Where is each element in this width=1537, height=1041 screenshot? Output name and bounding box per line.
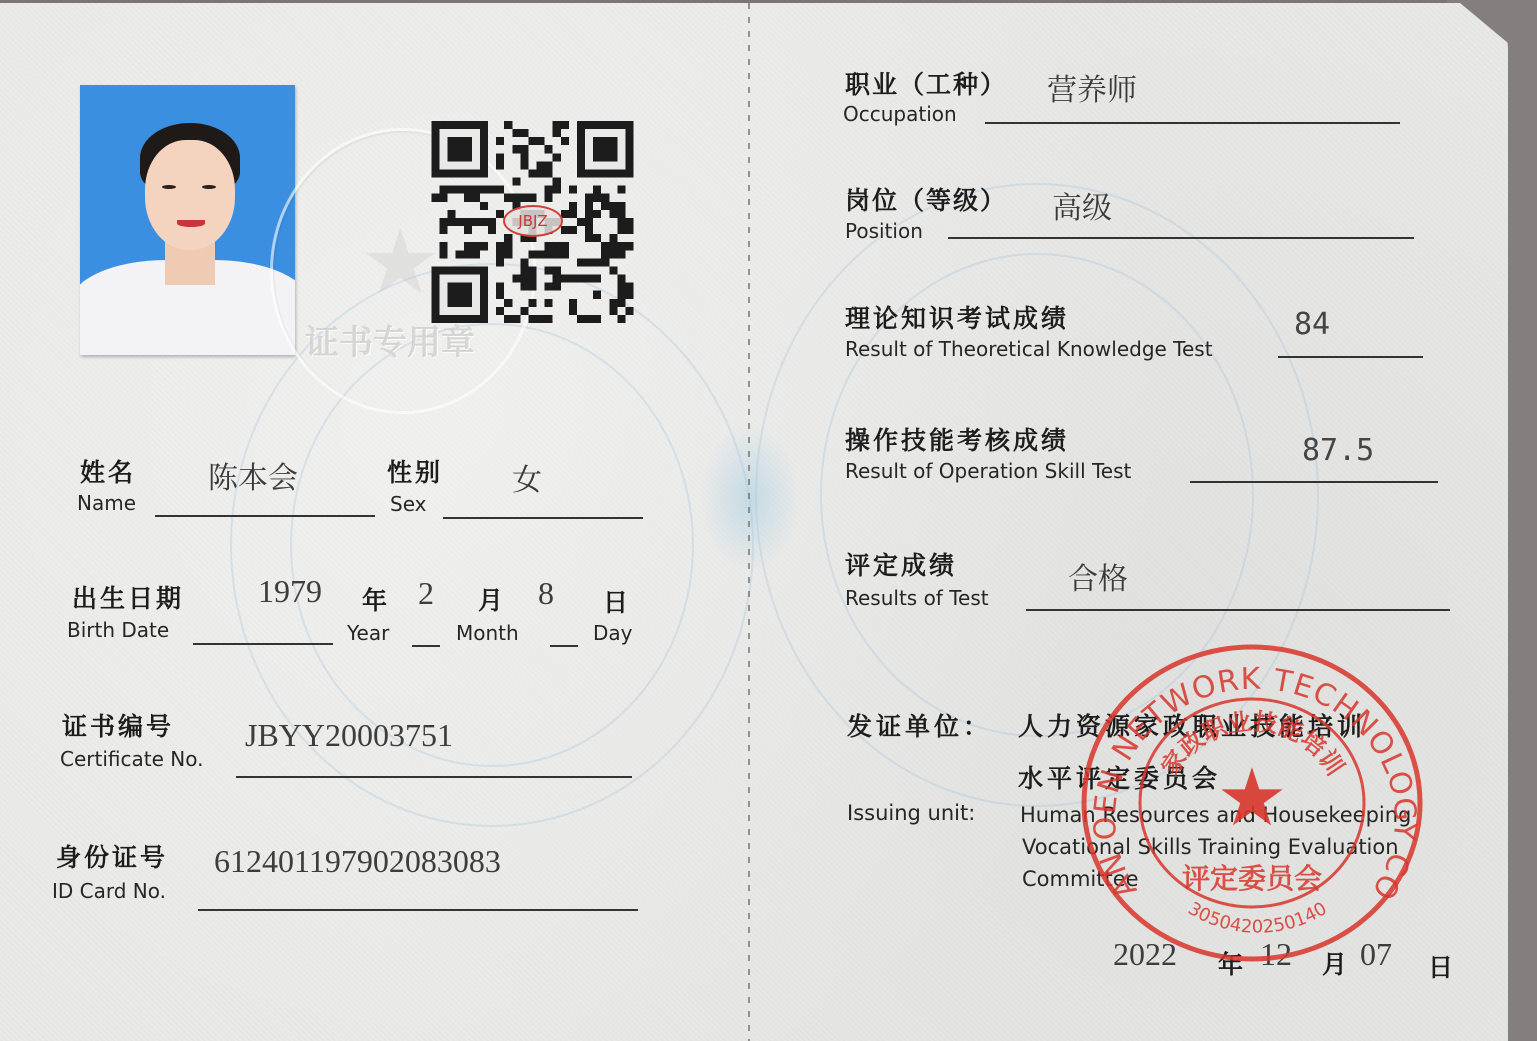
issuer-value-cn-line1: 人力资源家政职业技能培训 [1018, 707, 1366, 743]
id-card-value: 612401197902083083 [214, 843, 501, 880]
birth-year-underline [193, 643, 333, 645]
birth-day-underline [550, 645, 578, 647]
position-underline [948, 237, 1414, 239]
result-label-cn: 评定成绩 [845, 546, 957, 582]
theory-score-value: 84 [1294, 307, 1330, 342]
issue-month-unit: 月 [1322, 945, 1350, 981]
theory-score-label-en: Result of Theoretical Knowledge Test [845, 337, 1213, 361]
id-card-label-en: ID Card No. [52, 879, 166, 903]
occupation-label-cn: 职业（工种） [845, 65, 1007, 101]
sex-label-en: Sex [390, 492, 426, 516]
birth-month-underline [412, 645, 440, 647]
birth-year-unit-cn: 年 [362, 581, 390, 617]
holder-photo [80, 85, 295, 355]
skill-score-value: 87.5 [1302, 433, 1374, 468]
occupation-label-en: Occupation [843, 102, 957, 126]
certificate-booklet: ★ 证书专用章 JBJZ 姓名 Name 陈本会 性别 Sex 女 出生日期 B… [0, 3, 1508, 1041]
result-underline [1026, 609, 1450, 611]
certificate-no-label-en: Certificate No. [60, 747, 203, 771]
position-label-en: Position [845, 219, 923, 243]
issue-month-value: 12 [1260, 936, 1292, 973]
name-value: 陈本会 [208, 453, 298, 497]
issuer-label-en: Issuing unit: [847, 797, 975, 829]
certificate-no-underline [236, 776, 632, 778]
booklet-spine-stitching [748, 3, 750, 1041]
birth-day-value: 8 [538, 575, 554, 612]
certificate-no-label-cn: 证书编号 [62, 707, 174, 743]
occupation-value: 营养师 [1047, 65, 1137, 109]
birth-month-unit-en: Month [456, 621, 519, 645]
skill-score-label-en: Result of Operation Skill Test [845, 459, 1131, 483]
issue-year-unit: 年 [1218, 945, 1246, 981]
skill-score-underline [1190, 481, 1438, 483]
qr-badge: JBJZ [503, 205, 563, 237]
issuer-label-cn: 发证单位： [847, 707, 992, 743]
issuer-value-en-line1: Human Resources and Housekeeping [1020, 799, 1411, 831]
skill-score-label-cn: 操作技能考核成绩 [845, 421, 1069, 457]
result-value: 合格 [1068, 554, 1128, 598]
issue-year-value: 2022 [1113, 936, 1177, 973]
birth-date-label-en: Birth Date [67, 618, 169, 642]
issuer-value-en-line3: Committee [1022, 863, 1139, 895]
issue-day-unit: 日 [1428, 948, 1456, 984]
birth-year-unit-en: Year [347, 621, 389, 645]
birth-date-label-cn: 出生日期 [72, 579, 184, 615]
id-card-label-cn: 身份证号 [56, 838, 168, 874]
page-background: ★ 证书专用章 JBJZ 姓名 Name 陈本会 性别 Sex 女 出生日期 B… [0, 0, 1537, 1041]
name-label-cn: 姓名 [80, 453, 136, 489]
id-card-underline [198, 909, 638, 911]
sex-underline [443, 517, 643, 519]
name-underline [155, 515, 375, 517]
theory-score-label-cn: 理论知识考试成绩 [845, 299, 1069, 335]
issuer-value-cn-line2: 水平评定委员会 [1018, 759, 1221, 795]
birth-month-unit-cn: 月 [478, 581, 506, 617]
result-label-en: Results of Test [845, 586, 989, 610]
occupation-underline [985, 122, 1400, 124]
sex-label-cn: 性别 [387, 453, 443, 489]
name-label-en: Name [77, 491, 136, 515]
theory-score-underline [1278, 356, 1423, 358]
birth-month-value: 2 [418, 575, 434, 612]
birth-year-value: 1979 [258, 573, 322, 610]
issue-day-value: 07 [1360, 936, 1392, 973]
sex-value: 女 [512, 455, 542, 499]
issuer-value-en-line2: Vocational Skills Training Evaluation [1022, 831, 1399, 863]
position-value: 高级 [1052, 183, 1112, 227]
birth-day-unit-cn: 日 [603, 583, 631, 619]
certificate-no-value: JBYY20003751 [245, 717, 453, 754]
spine-ornament [700, 423, 800, 573]
position-label-cn: 岗位（等级） [845, 181, 1007, 217]
birth-day-unit-en: Day [593, 621, 633, 645]
